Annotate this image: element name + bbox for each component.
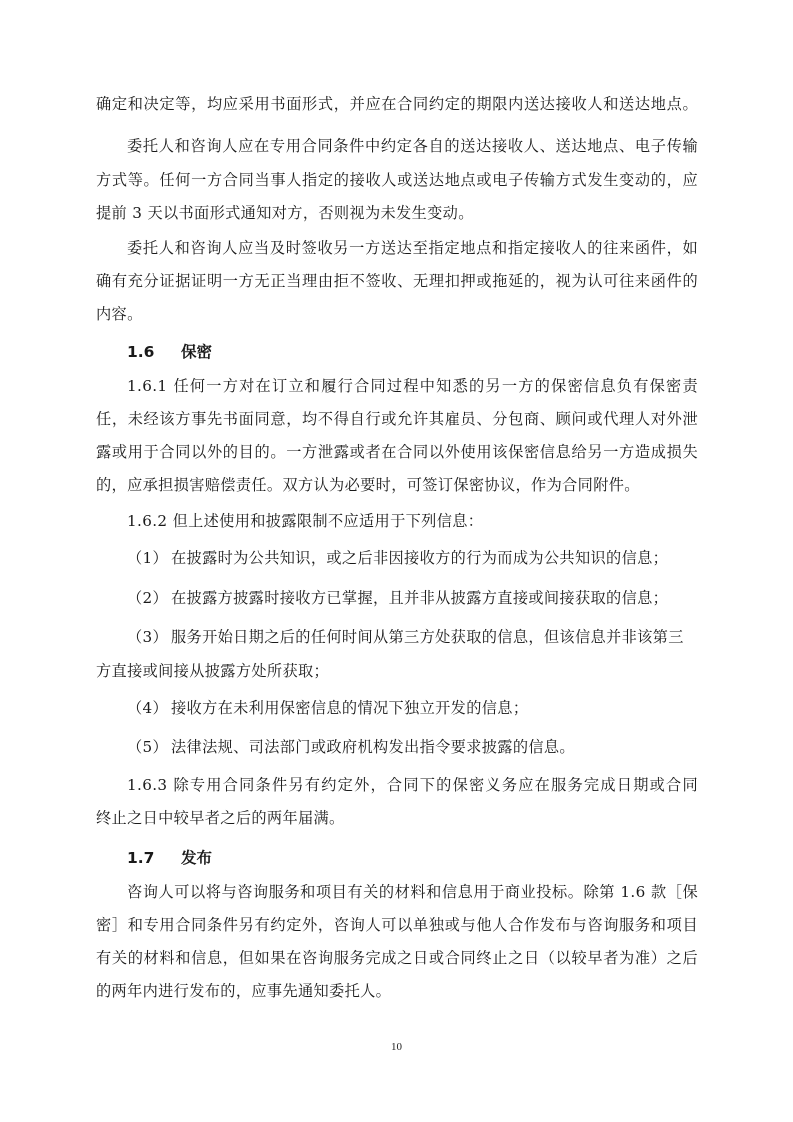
paragraph-line: 确定和决定等，均应采用书面形式，并应在合同约定的期限内送达接收人和送达地点。 [96, 94, 698, 114]
list-item: （5）法律法规、司法部门或政府机构发出指令要求披露的信息。 [96, 737, 698, 757]
paragraph-line: 有关的材料和信息，但如果在咨询服务完成之日或合同终止之日（以较早者为准）之后 [96, 948, 698, 968]
list-item-continuation: 方直接或间接从披露方处所获取； [96, 661, 698, 681]
list-item: （2）在披露方披露时接收方已掌握，且并非从披露方直接或间接获取的信息； [96, 588, 698, 608]
paragraph-line: 方式等。任何一方合同当事人指定的接收人或送达地点或电子传输方式发生变动的，应 [96, 170, 698, 190]
section-title: 发布 [181, 849, 212, 867]
section-title: 保密 [181, 343, 212, 361]
clause-line: 1.6.3 除专用合同条件另有约定外，合同下的保密义务应在服务完成日期或合同 [96, 775, 698, 795]
list-item: （4）接收方在未利用保密信息的情况下独立开发的信息； [96, 698, 698, 718]
paragraph-line: 密］和专用合同条件另有约定外，咨询人可以单独或与他人合作发布与咨询服务和项目 [96, 915, 698, 935]
page-number: 10 [0, 1041, 793, 1053]
clause-line: 的，应承担损害赔偿责任。双方认为必要时，可签订保密协议，作为合同附件。 [96, 475, 698, 495]
clause-line: 终止之日中较早者之后的两年届满。 [96, 808, 698, 828]
section-heading-1-6: 1.6保密 [127, 340, 212, 362]
section-number: 1.7 [127, 849, 181, 867]
clause-line: 1.6.1 任何一方对在订立和履行合同过程中知悉的另一方的保密信息负有保密责 [96, 376, 698, 396]
paragraph-line: 提前 3 天以书面形式通知对方，否则视为未发生变动。 [96, 203, 698, 223]
section-heading-1-7: 1.7发布 [127, 846, 212, 868]
section-number: 1.6 [127, 343, 181, 361]
clause-line: 任，未经该方事先书面同意，均不得自行或允许其雇员、分包商、顾问或代理人对外泄 [96, 409, 698, 429]
clause-line: 1.6.2 但上述使用和披露限制不应适用于下列信息： [96, 511, 698, 531]
paragraph-line: 委托人和咨询人应在专用合同条件中约定各自的送达接收人、送达地点、电子传输 [96, 136, 698, 156]
paragraph-line: 的两年内进行发布的，应事先通知委托人。 [96, 981, 698, 1001]
list-item: （1）在披露时为公共知识，或之后非因接收方的行为而成为公共知识的信息； [96, 548, 698, 568]
paragraph-line: 委托人和咨询人应当及时签收另一方送达至指定地点和指定接收人的往来函件，如 [96, 238, 698, 258]
paragraph-line: 咨询人可以将与咨询服务和项目有关的材料和信息用于商业投标。除第 1.6 款［保 [96, 882, 698, 902]
list-item: （3）服务开始日期之后的任何时间从第三方处获取的信息，但该信息并非该第三 [96, 627, 698, 647]
paragraph-line: 确有充分证据证明一方无正当理由拒不签收、无理扣押或拖延的，视为认可往来函件的 [96, 271, 698, 291]
clause-line: 露或用于合同以外的目的。一方泄露或者在合同以外使用该保密信息给另一方造成损失 [96, 442, 698, 462]
paragraph-line: 内容。 [96, 304, 698, 324]
